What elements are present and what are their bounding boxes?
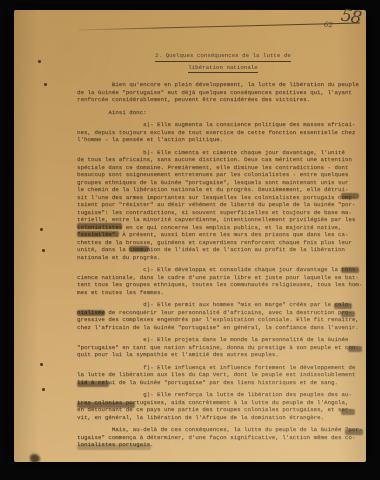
typewritten-text: 2. Quelques conséquences de la lutte de … — [77, 52, 369, 454]
edge-smudge — [30, 454, 40, 463]
ink-blot — [77, 381, 109, 387]
margin-speck — [42, 388, 45, 391]
ink-blot — [77, 231, 119, 237]
title-line-1: 2. Quelques conséquences de la lutte de — [155, 52, 291, 62]
ink-blot — [341, 267, 359, 273]
margin-speck — [42, 249, 45, 252]
paragraph-item-d: d)- Elle permit aux hommes "mis en marge… — [77, 301, 369, 331]
title-line-2: libération nationale — [188, 64, 258, 74]
ink-blot — [345, 429, 363, 435]
ink-blot — [341, 311, 355, 317]
margin-speck — [40, 228, 43, 231]
margin-speck — [44, 83, 47, 86]
document-title: 2. Quelques conséquences de la lutte de … — [77, 52, 369, 73]
ink-blot — [334, 303, 352, 309]
ink-blot — [77, 310, 105, 316]
ink-blot — [341, 409, 355, 415]
handwritten-corner-mark: 62 — [324, 21, 333, 30]
ink-blot — [77, 402, 135, 408]
ink-blot — [348, 346, 362, 352]
paragraph-lead-in: Ainsi donc: — [77, 109, 369, 117]
paragraph-item-b: b)- Elle cimenta et cimente chaque jour … — [77, 149, 369, 262]
pencil-line — [78, 23, 360, 31]
margin-speck — [38, 60, 41, 63]
paragraph-intro: Bien qu'encore en plein développement, l… — [77, 81, 369, 104]
margin-speck — [40, 363, 43, 366]
scanned-document-photo: 62 58 2. Quelques conséquences de la lut… — [0, 0, 380, 480]
ink-blot — [77, 444, 151, 450]
paragraph-item-f: f)- Elle influença et influence fortemen… — [77, 364, 369, 387]
paragraph-item-a: a)- Elle augmenta la conscience politiqu… — [77, 121, 369, 144]
ink-blot — [77, 223, 122, 229]
handwritten-page-number: 58 — [340, 5, 363, 28]
paragraph-item-c: c)- Elle développa et consolide chaque j… — [77, 266, 369, 296]
document-page: 62 58 2. Quelques conséquences de la lut… — [14, 10, 366, 462]
ink-blot — [129, 246, 149, 252]
paragraph-item-e: e)- Elle projeta dans le monde la person… — [77, 336, 369, 359]
ink-blot — [341, 193, 359, 199]
